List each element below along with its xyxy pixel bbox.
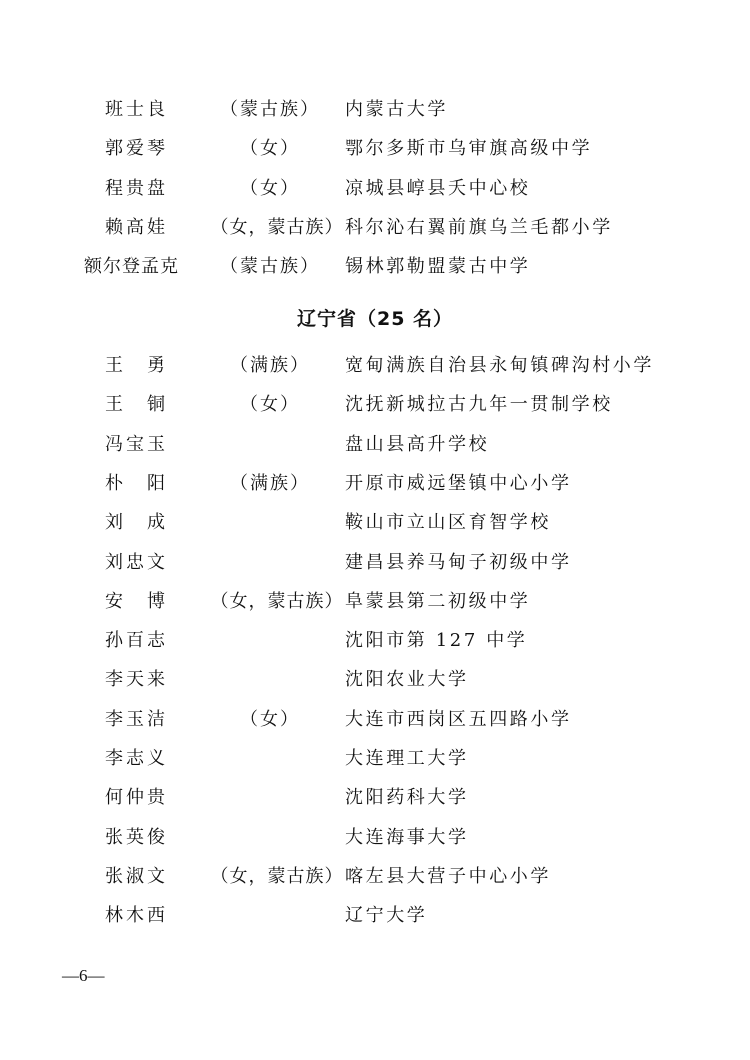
person-name: 何仲贵 <box>105 783 205 813</box>
list-item: 刘 成鞍山市立山区育智学校 <box>0 508 750 538</box>
institution-name: 盘山县高升学校 <box>345 430 489 460</box>
institution-name: 大连理工大学 <box>345 744 469 774</box>
list-item: 孙百志沈阳市第 127 中学 <box>0 626 750 656</box>
list-item: 赖高娃（女，蒙古族）科尔沁右翼前旗乌兰毛都小学 <box>0 213 750 243</box>
person-name: 李玉洁 <box>105 705 205 735</box>
list-item: 李天来沈阳农业大学 <box>0 665 750 695</box>
page-number: —6— <box>62 966 105 986</box>
person-name: 赖高娃 <box>105 213 205 243</box>
institution-name: 沈阳农业大学 <box>345 665 469 695</box>
institution-name: 建昌县养马甸子初级中学 <box>345 548 572 578</box>
person-name: 朴 阳 <box>105 469 205 499</box>
institution-name: 喀左县大营子中心小学 <box>345 862 551 892</box>
institution-name: 大连市西岗区五四路小学 <box>345 705 572 735</box>
list-item: 安 博（女，蒙古族）阜蒙县第二初级中学 <box>0 587 750 617</box>
institution-name: 锡林郭勒盟蒙古中学 <box>345 252 530 282</box>
list-item: 程贵盘（女）凉城县崞县夭中心校 <box>0 174 750 204</box>
person-note: （满族） <box>200 351 340 381</box>
institution-name: 鄂尔多斯市乌审旗高级中学 <box>345 134 592 164</box>
institution-name: 沈抚新城拉古九年一贯制学校 <box>345 390 613 420</box>
person-name: 安 博 <box>105 587 205 617</box>
list-item: 林木西辽宁大学 <box>0 901 750 931</box>
institution-name: 辽宁大学 <box>345 901 427 931</box>
person-note: （蒙古族） <box>200 95 340 125</box>
list-item: 王 铜（女）沈抚新城拉古九年一贯制学校 <box>0 390 750 420</box>
person-name: 林木西 <box>105 901 205 931</box>
list-item: 刘忠文建昌县养马甸子初级中学 <box>0 548 750 578</box>
list-item: 李志义大连理工大学 <box>0 744 750 774</box>
institution-name: 凉城县崞县夭中心校 <box>345 174 530 204</box>
list-item: 班士良（蒙古族）内蒙古大学 <box>0 95 750 125</box>
person-note: （女） <box>200 390 340 420</box>
list-item: 李玉洁（女）大连市西岗区五四路小学 <box>0 705 750 735</box>
person-name: 王 勇 <box>105 351 205 381</box>
section-title-liaoning: 辽宁省（25 名） <box>0 304 750 331</box>
list-item: 张英俊大连海事大学 <box>0 823 750 853</box>
person-name: 张英俊 <box>105 823 205 853</box>
person-name: 刘忠文 <box>105 548 205 578</box>
person-note: （满族） <box>200 469 340 499</box>
list-item: 冯宝玉盘山县高升学校 <box>0 430 750 460</box>
institution-name: 内蒙古大学 <box>345 95 448 125</box>
institution-name: 大连海事大学 <box>345 823 469 853</box>
person-name: 冯宝玉 <box>105 430 205 460</box>
list-item: 张淑文（女，蒙古族）喀左县大营子中心小学 <box>0 862 750 892</box>
person-name: 张淑文 <box>105 862 205 892</box>
person-name: 程贵盘 <box>105 174 205 204</box>
institution-name: 宽甸满族自治县永甸镇碑沟村小学 <box>345 351 654 381</box>
person-note: （女） <box>200 705 340 735</box>
list-item: 额尔登孟克（蒙古族）锡林郭勒盟蒙古中学 <box>0 252 750 282</box>
institution-name: 鞍山市立山区育智学校 <box>345 508 551 538</box>
person-note: （女，蒙古族） <box>207 862 347 892</box>
person-name: 孙百志 <box>105 626 205 656</box>
institution-name: 科尔沁右翼前旗乌兰毛都小学 <box>345 213 613 243</box>
person-note: （女，蒙古族） <box>207 587 347 617</box>
person-name: 额尔登孟克 <box>84 252 184 282</box>
institution-name: 沈阳市第 127 中学 <box>345 626 527 656</box>
person-note: （女） <box>200 174 340 204</box>
list-item: 王 勇（满族）宽甸满族自治县永甸镇碑沟村小学 <box>0 351 750 381</box>
person-name: 郭爱琴 <box>105 134 205 164</box>
list-item: 朴 阳（满族）开原市威远堡镇中心小学 <box>0 469 750 499</box>
person-note: （蒙古族） <box>200 252 340 282</box>
person-name: 李天来 <box>105 665 205 695</box>
institution-name: 开原市威远堡镇中心小学 <box>345 469 572 499</box>
person-note: （女） <box>200 134 340 164</box>
list-item: 郭爱琴（女）鄂尔多斯市乌审旗高级中学 <box>0 134 750 164</box>
institution-name: 阜蒙县第二初级中学 <box>345 587 530 617</box>
person-name: 王 铜 <box>105 390 205 420</box>
list-item: 何仲贵沈阳药科大学 <box>0 783 750 813</box>
person-name: 班士良 <box>105 95 205 125</box>
person-name: 刘 成 <box>105 508 205 538</box>
person-note: （女，蒙古族） <box>207 213 347 243</box>
institution-name: 沈阳药科大学 <box>345 783 469 813</box>
person-name: 李志义 <box>105 744 205 774</box>
